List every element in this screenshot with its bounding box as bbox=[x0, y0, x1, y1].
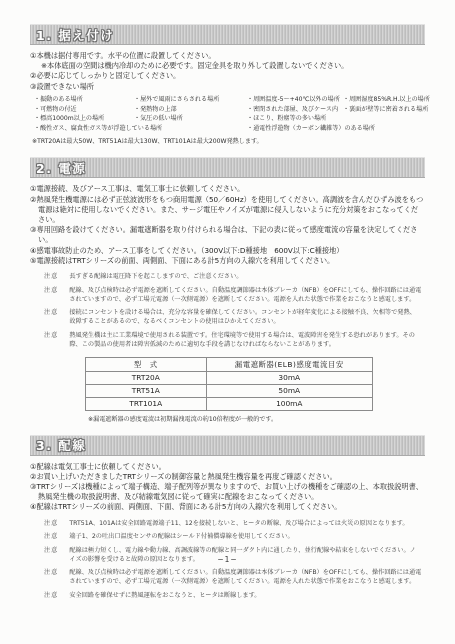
table-header-model: 型 式 bbox=[86, 357, 207, 371]
table-header-current: 漏電遮断器(ELB)感度電流目安 bbox=[206, 357, 372, 371]
location-item: ・酸性ガス、腐食性ガス等が浮遊している場所 bbox=[34, 124, 247, 134]
section-3-header: 3. 配線 bbox=[30, 435, 425, 456]
section-2-items: ①電源接続、及びアース工事は、電気工事士に依頼してください。 ②熱風発生機電源に… bbox=[30, 184, 425, 266]
table-row: TRT101A 100mA bbox=[86, 397, 373, 410]
manual-page: 1. 据え付け ①本機は据付専用です。水平の位置に設置してください。 ※本体底面… bbox=[0, 0, 455, 620]
heat-output-note: ※TRT20Aは最大50W、TRT51Aは最大130W、TRT101Aは最大20… bbox=[32, 136, 425, 145]
table-cell-model: TRT20A bbox=[86, 371, 207, 384]
caution-label: 注意 bbox=[44, 273, 58, 282]
instruction-item: ①電源接続、及びアース工事は、電気工事士に依頼してください。 bbox=[30, 184, 425, 194]
table-cell-current: 30mA bbox=[206, 371, 372, 384]
section-2-title: 2. 電源 bbox=[36, 159, 86, 177]
caution-label: 注意 bbox=[44, 592, 58, 601]
caution-row: 注意 端子1、2の吐出口温度センサの配線はシールド付補償導線を使用してください。 bbox=[44, 533, 425, 542]
caution-text: 長すぎる配線は電圧降下を起こしますので、ご注意ください。 bbox=[69, 273, 242, 282]
instruction-item: ③設置できない場所 bbox=[30, 82, 425, 92]
location-item: ・ほこり、粉塵等の多い場所 bbox=[247, 114, 343, 124]
section-2-cautions: 注意 長すぎる配線は電圧降下を起こしますので、ご注意ください。 注意 配線、及び… bbox=[30, 273, 425, 349]
instruction-item: ②熱風発生機電源には必ず正弦波波形をもつ商用電源（50／60Hz）を使用してくだ… bbox=[30, 195, 425, 226]
location-item: ・屋外で風雨にさらされる場所 bbox=[134, 95, 247, 105]
location-item: ・裏面が壁等に密着される場所 bbox=[343, 105, 429, 115]
location-item: ・周囲温度-5〜+40℃以外の場所 bbox=[247, 95, 343, 105]
instruction-item: ⑤電源接続はTRTシリーズの前面、両側面、下面にある計5方向の入線穴を利用してく… bbox=[30, 256, 425, 266]
instruction-item: ①本機は据付専用です。水平の位置に設置してください。 bbox=[30, 51, 425, 61]
instruction-item: ③TRTシリーズは機種によって端子構造、端子配列等が異なりますので、お買い上げの… bbox=[30, 482, 425, 502]
section-power: 2. 電源 ①電源接続、及びアース工事は、電気工事士に依頼してください。 ②熱風… bbox=[30, 157, 425, 422]
instruction-item: ③専用回路を設けてください。漏電遮断器を取り付けられる場合は、下記の表に従って感… bbox=[30, 225, 425, 245]
instruction-item: ④感電事故防止のため、アース工事をしてください。（300V以下:D種接地 600… bbox=[30, 246, 425, 256]
instruction-item: ④配線はTRTシリーズの前面、両側面、下面、背面にある計5方向の入線穴を利用して… bbox=[30, 502, 425, 512]
caution-text: TRT51A、101Aは安全回路電源端子11、12を接続しないと、ヒータの断線、… bbox=[69, 520, 408, 529]
caution-label: 注意 bbox=[44, 332, 58, 350]
section-1-header: 1. 据え付け bbox=[30, 24, 425, 45]
caution-label: 注意 bbox=[44, 309, 58, 327]
caution-row: 注意 接続にコンセントを設ける場合は、充分な容量を確保してください。コンセントが… bbox=[44, 309, 425, 327]
elb-sensitivity-table: 型 式 漏電遮断器(ELB)感度電流目安 TRT20A 30mA TRT51A … bbox=[85, 357, 373, 411]
caution-row: 注意 長すぎる配線は電圧降下を起こしますので、ご注意ください。 bbox=[44, 273, 425, 282]
table-header-row: 型 式 漏電遮断器(ELB)感度電流目安 bbox=[86, 357, 373, 371]
instruction-item: ②お買い上げいただきましたTRTシリーズの制御容量と熱風発生機容量を再度ご確認く… bbox=[30, 472, 425, 482]
section-1-title: 1. 据え付け bbox=[36, 26, 114, 44]
instruction-item: ①配線は電気工事士に依頼してください。 bbox=[30, 462, 425, 472]
caution-label: 注意 bbox=[44, 533, 58, 542]
caution-text: 安全回路を確保せずに熱風運転をおこなうと、ヒータは断線します。 bbox=[69, 592, 260, 601]
instruction-subitem: ※本体底面の空間は機内冷却のために必要です。固定金具を取り外して設置しないでくだ… bbox=[30, 61, 425, 71]
caution-text: 配線、及び点検時は必ず電源を遮断してください。自動温度調節器は本体ブレーカ（NF… bbox=[69, 287, 421, 305]
location-item: ・通電性浮遊物（カーボン繊維等）のある場所 bbox=[247, 124, 429, 134]
caution-row: 注意 配線、及び点検時は必ず電源を遮断してください。自動温度調節器は本体ブレーカ… bbox=[44, 569, 425, 587]
table-footnote: ※漏電遮断器の感度電流は初期漏洩電流の約10倍程度が一般的です。 bbox=[88, 414, 425, 423]
location-item bbox=[343, 114, 429, 124]
section-1-items: ①本機は据付専用です。水平の位置に設置してください。 ※本体底面の空間は機内冷却… bbox=[30, 51, 425, 92]
table-cell-current: 100mA bbox=[206, 397, 372, 410]
location-item: ・周囲湿度85%R.H.以上の場所 bbox=[343, 95, 429, 105]
location-item: ・可燃物の付近 bbox=[34, 105, 134, 115]
table-cell-model: TRT101A bbox=[86, 397, 207, 410]
section-installation: 1. 据え付け ①本機は据付専用です。水平の位置に設置してください。 ※本体底面… bbox=[30, 24, 425, 145]
table-cell-model: TRT51A bbox=[86, 384, 207, 397]
table-row: TRT20A 30mA bbox=[86, 371, 373, 384]
section-3-items: ①配線は電気工事士に依頼してください。 ②お買い上げいただきましたTRTシリーズ… bbox=[30, 462, 425, 513]
location-item: ・標高1000m以上の場所 bbox=[34, 114, 134, 124]
table-cell-current: 50mA bbox=[206, 384, 372, 397]
table-row: TRT51A 50mA bbox=[86, 384, 373, 397]
page-number: −1− bbox=[0, 555, 455, 564]
prohibited-locations-list: ・振動のある場所 ・屋外で風雨にさらされる場所 ・周囲温度-5〜+40℃以外の場… bbox=[34, 95, 425, 134]
caution-text: 熱風発生機は主に工業環境で使用される装置です。住宅環境等で使用する場合は、電波障… bbox=[69, 332, 421, 350]
caution-label: 注意 bbox=[44, 520, 58, 529]
caution-row: 注意 熱風発生機は主に工業環境で使用される装置です。住宅環境等で使用する場合は、… bbox=[44, 332, 425, 350]
instruction-item: ②必要に応じてしっかりと固定してください。 bbox=[30, 71, 425, 81]
section-2-header: 2. 電源 bbox=[30, 157, 425, 178]
location-item: ・振動のある場所 bbox=[34, 95, 134, 105]
location-item: ・発熱物の上部 bbox=[134, 105, 247, 115]
location-item: ・密閉された部屋、及びケース内 bbox=[247, 105, 343, 115]
caution-label: 注意 bbox=[44, 287, 58, 305]
caution-label: 注意 bbox=[44, 569, 58, 587]
caution-row: 注意 TRT51A、101Aは安全回路電源端子11、12を接続しないと、ヒータの… bbox=[44, 520, 425, 529]
caution-text: 配線、及び点検時は必ず電源を遮断してください。自動温度調節器は本体ブレーカ（NF… bbox=[69, 569, 421, 587]
caution-text: 接続にコンセントを設ける場合は、充分な容量を確保してください。コンセントが経年変… bbox=[69, 309, 421, 327]
caution-text: 端子1、2の吐出口温度センサの配線はシールド付補償導線を使用してください。 bbox=[69, 533, 293, 542]
location-item: ・気圧の低い場所 bbox=[134, 114, 247, 124]
section-3-title: 3. 配線 bbox=[36, 436, 86, 454]
caution-row: 注意 配線、及び点検時は必ず電源を遮断してください。自動温度調節器は本体ブレーカ… bbox=[44, 287, 425, 305]
section-wiring: 3. 配線 ①配線は電気工事士に依頼してください。 ②お買い上げいただきましたT… bbox=[30, 435, 425, 601]
caution-row: 注意 安全回路を確保せずに熱風運転をおこなうと、ヒータは断線します。 bbox=[44, 592, 425, 601]
